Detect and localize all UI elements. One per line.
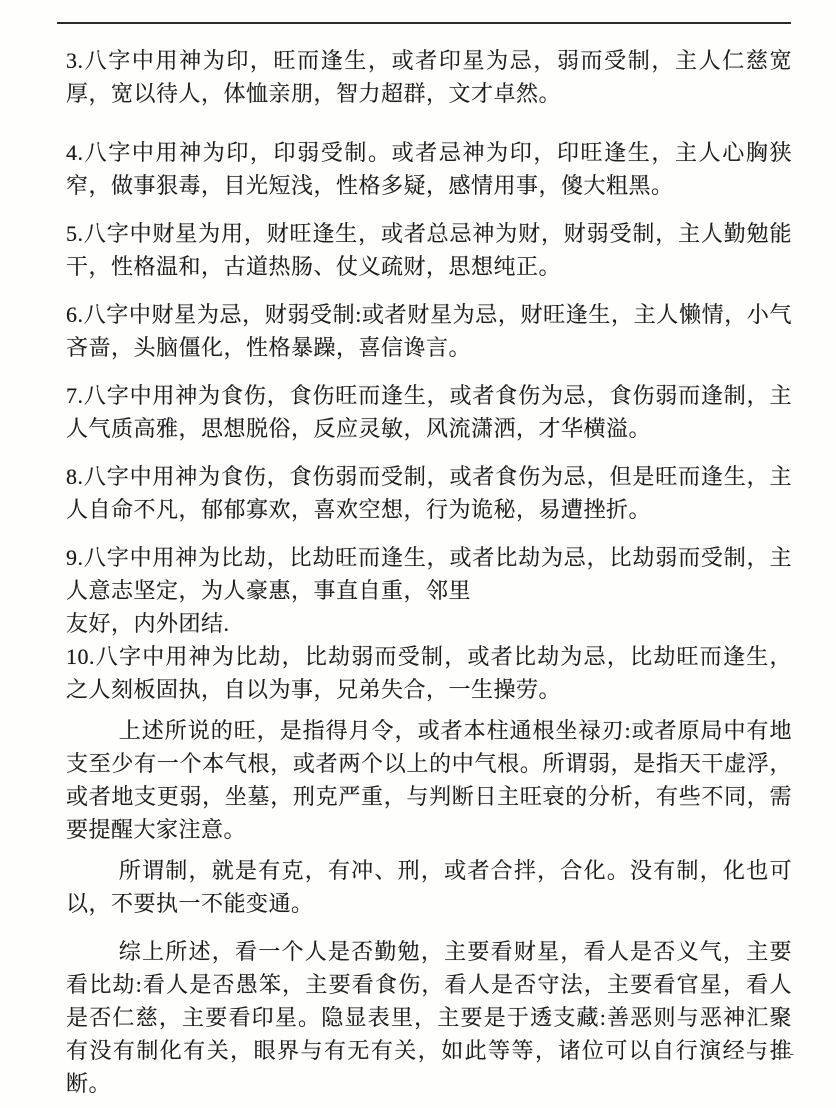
page-number: - 3 - <box>761 1044 796 1062</box>
scanned-document-page: 3.八字中用神为印，旺而逢生，或者印星为忌，弱而受制，主人仁慈宽厚，宽以待人，体… <box>0 0 836 1108</box>
paragraph-note-zhi: 所谓制，就是有克，有冲、刑，或者合拌，合化。没有制，化也可以，不要执一不能变通。 <box>66 854 792 920</box>
paragraph-note-wang: 上述所说的旺，是指得月令，或者本柱通根坐禄刃:或者原局中有地支至少有一个本气根，… <box>66 714 792 846</box>
paragraph-summary: 综上所述，看一个人是否勤勉，主要看财星，看人是否义气，主要看比劫:看人是否愚笨，… <box>66 935 792 1100</box>
paragraph-item-10: 10.八字中用神为比劫，比劫弱而受制，或者比劫为忌，比劫旺而逢生，之人刻板固执，… <box>66 640 792 706</box>
paragraph-item-6: 6.八字中财星为忌，财弱受制:或者财星为忌，财旺逢生，主人懒情，小气吝啬，头脑僵… <box>66 298 792 364</box>
paragraph-item-8: 8.八字中用神为食伤，食伤弱而受制，或者食伤为忌，但是旺而逢生，主人自命不凡，郁… <box>66 460 792 526</box>
paragraph-item-7: 7.八字中用神为食伤，食伤旺而逢生，或者食伤为忌，食伤弱而逢制，主人气质高雅，思… <box>66 379 792 445</box>
document-body: 3.八字中用神为印，旺而逢生，或者印星为忌，弱而受制，主人仁慈宽厚，宽以待人，体… <box>66 44 792 1108</box>
paragraph-item-3: 3.八字中用神为印，旺而逢生，或者印星为忌，弱而受制，主人仁慈宽厚，宽以待人，体… <box>66 44 792 110</box>
header-rule-divider <box>57 22 791 24</box>
paragraph-item-9: 9.八字中用神为比劫，比劫旺而逢生，或者比劫为忌，比劫弱而受制，主人意志坚定，为… <box>66 541 792 640</box>
paragraph-item-5: 5.八字中财星为用，财旺逢生，或者总忌神为财，财弱受制，主人勤勉能干，性格温和，… <box>66 217 792 283</box>
paragraph-item-4: 4.八字中用神为印，印弱受制。或者忌神为印，印旺逢生，主人心胸狭窄，做事狠毒，目… <box>66 136 792 202</box>
